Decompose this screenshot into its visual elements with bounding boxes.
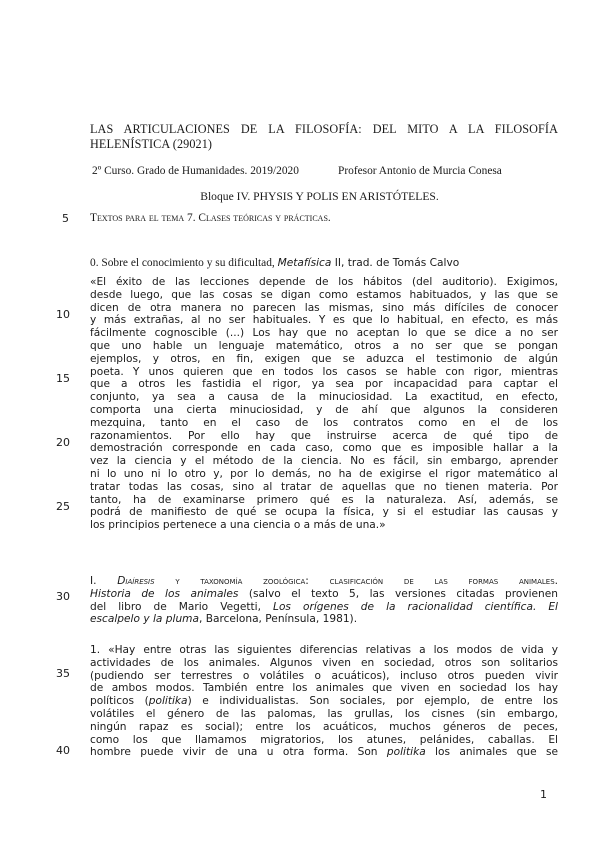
professor-name: Profesor Antonio de Murcia Conesa [338,165,502,177]
text-line: volátiles el género de las palomas, las … [90,708,558,721]
section1-source-publisher: , Barcelona, Península, 1981). [199,613,357,625]
text-line: tratar todas las cosas, sino al tratar d… [90,481,558,494]
text-line: de ambos modos. También entre los animal… [90,682,558,695]
line-number: 30 [56,590,86,603]
line-number: 35 [56,667,86,680]
line-number: 15 [56,372,86,385]
section1-source-note: (salvo el texto 5, las versiones citadas… [238,588,558,600]
document-page: LAS ARTICULACIONES DE LA FILOSOFÍA: DEL … [0,0,599,848]
line-number: 25 [56,500,86,513]
text-line: fácilmente cognoscible (...) Los hay que… [90,327,558,340]
text-line: hombre puede vivir de una u otra forma. … [90,746,558,759]
line-number: 40 [56,744,86,757]
section1-heading-line: I. Diaíresis y taxonomía zoológica: clas… [90,575,558,588]
text-line: y más extrañas, al no ser habituales. Y … [90,314,558,327]
course-title: LAS ARTICULACIONES DE LA FILOSOFÍA: DEL … [90,122,558,152]
line-number: 20 [56,436,86,449]
text-fragment: actividades de los animales. Algunos viv… [90,657,558,669]
section1-text1: 1. «Hay entre otras las siguientes difer… [90,644,558,759]
text-line: comporta una cierta minuciosidad, y de a… [90,404,558,417]
line-number: 10 [56,308,86,321]
course-title-line1: LAS ARTICULACIONES DE LA FILOSOFÍA: DEL … [90,122,558,137]
section1-term: Diaíresis [117,575,154,587]
text-line: conjunto, ya sea a causa de la minuciosi… [90,391,558,404]
text-line: demostración corresponde en cada caso, c… [90,442,558,455]
text-line: tanto, ha de examinarse primero qué es l… [90,494,558,507]
text-line: razonamientos. Por ello hay que instruir… [90,430,558,443]
text-line: podrá de manifiesto de qué se ocupa la f… [90,506,558,519]
text-line: como los que llamamos migratorios, los a… [90,734,558,747]
text-fragment: hombre puede vivir de una u otra forma. … [90,746,387,758]
section0-heading-work: Metafísica [278,257,332,269]
text-line: vez la ciencia y el método de la ciencia… [90,455,558,468]
section1-source-work: Historia de los animales [90,588,238,600]
page-number: 1 [540,788,547,801]
text-line: que uno hable un lenguaje matemático, ot… [90,340,558,353]
text-line: ejemplos, y otros, en fin, exigen que se… [90,353,558,366]
line-number: 5 [62,212,92,225]
text-line: dicen de otra manera no parecen las mism… [90,302,558,315]
text-fragment: de ambos modos. También entre los animal… [90,682,558,694]
italic-term: politika [149,695,188,707]
text-line: (pudiendo ser terrestres o volátiles o a… [90,670,558,683]
text-line: desde luego, que las cosas se digan como… [90,289,558,302]
section0-heading-prefix: 0. Sobre el conocimiento y su dificultad… [90,257,278,269]
text-line: ni lo uno ni lo otro y, por lo demás, no… [90,468,558,481]
course-title-line2: HELENÍSTICA (29021) [90,137,212,151]
section0-heading: 0. Sobre el conocimiento y su dificultad… [90,257,459,269]
section1-source-prefix: del libro de Mario Vegetti, [90,601,273,613]
block-title: Bloque IV. PHYSIS Y POLIS EN ARISTÓTELES… [0,190,599,203]
section1-heading-rest: y taxonomía zoológica: clasificación de … [155,575,558,587]
section0-heading-suffix: II, trad. de Tomás Calvo [331,257,459,269]
text-fragment: políticos ( [90,695,149,707]
section1-source-line1: Historia de los animales (salvo el texto… [90,588,558,601]
text-line: «El éxito de las lecciones depende de lo… [90,276,558,289]
section1-source-line2: del libro de Mario Vegetti, Los orígenes… [90,601,558,614]
text-fragment: los animales que se [426,746,558,758]
text-fragment: ) e individualistas. Son sociales, por e… [188,695,558,707]
text-fragment: (pudiendo ser terrestres o volátiles o a… [90,670,558,682]
text-fragment: volátiles el género de las palomas, las … [90,708,558,720]
texts-heading: Textos para el tema 7. Clases teóricas y… [90,212,331,224]
text-line: actividades de los animales. Algunos viv… [90,657,558,670]
section1-numeral: I. [90,575,117,587]
text-line: los principios pertenece a una ciencia o… [90,519,558,532]
text-line: mezquina, tanto en el caso de los contra… [90,417,558,430]
italic-term: politika [387,746,426,758]
section1-source-book-subtitle: escalpelo y la pluma [90,613,199,625]
text-line: que a otros les fastidia el rigor, ya se… [90,378,558,391]
text-fragment: 1. «Hay entre otras las siguientes difer… [90,644,558,656]
section1-source-line3: escalpelo y la pluma, Barcelona, Penínsu… [90,613,558,626]
text-line: poeta. Y unos quieren que en todos los c… [90,366,558,379]
section0-quote: «El éxito de las lecciones depende de lo… [90,276,558,532]
text-line: 1. «Hay entre otras las siguientes difer… [90,644,558,657]
text-fragment: ningún rapaz es social); entre los acuát… [90,721,558,733]
text-line: ningún rapaz es social); entre los acuát… [90,721,558,734]
section1-source-book: Los orígenes de la racionalidad científi… [273,601,558,613]
course-info: 2º Curso. Grado de Humanidades. 2019/202… [92,165,299,177]
section1-heading: I. Diaíresis y taxonomía zoológica: clas… [90,575,558,626]
text-fragment: como los que llamamos migratorios, los a… [90,734,558,746]
text-line: políticos (politika) e individualistas. … [90,695,558,708]
